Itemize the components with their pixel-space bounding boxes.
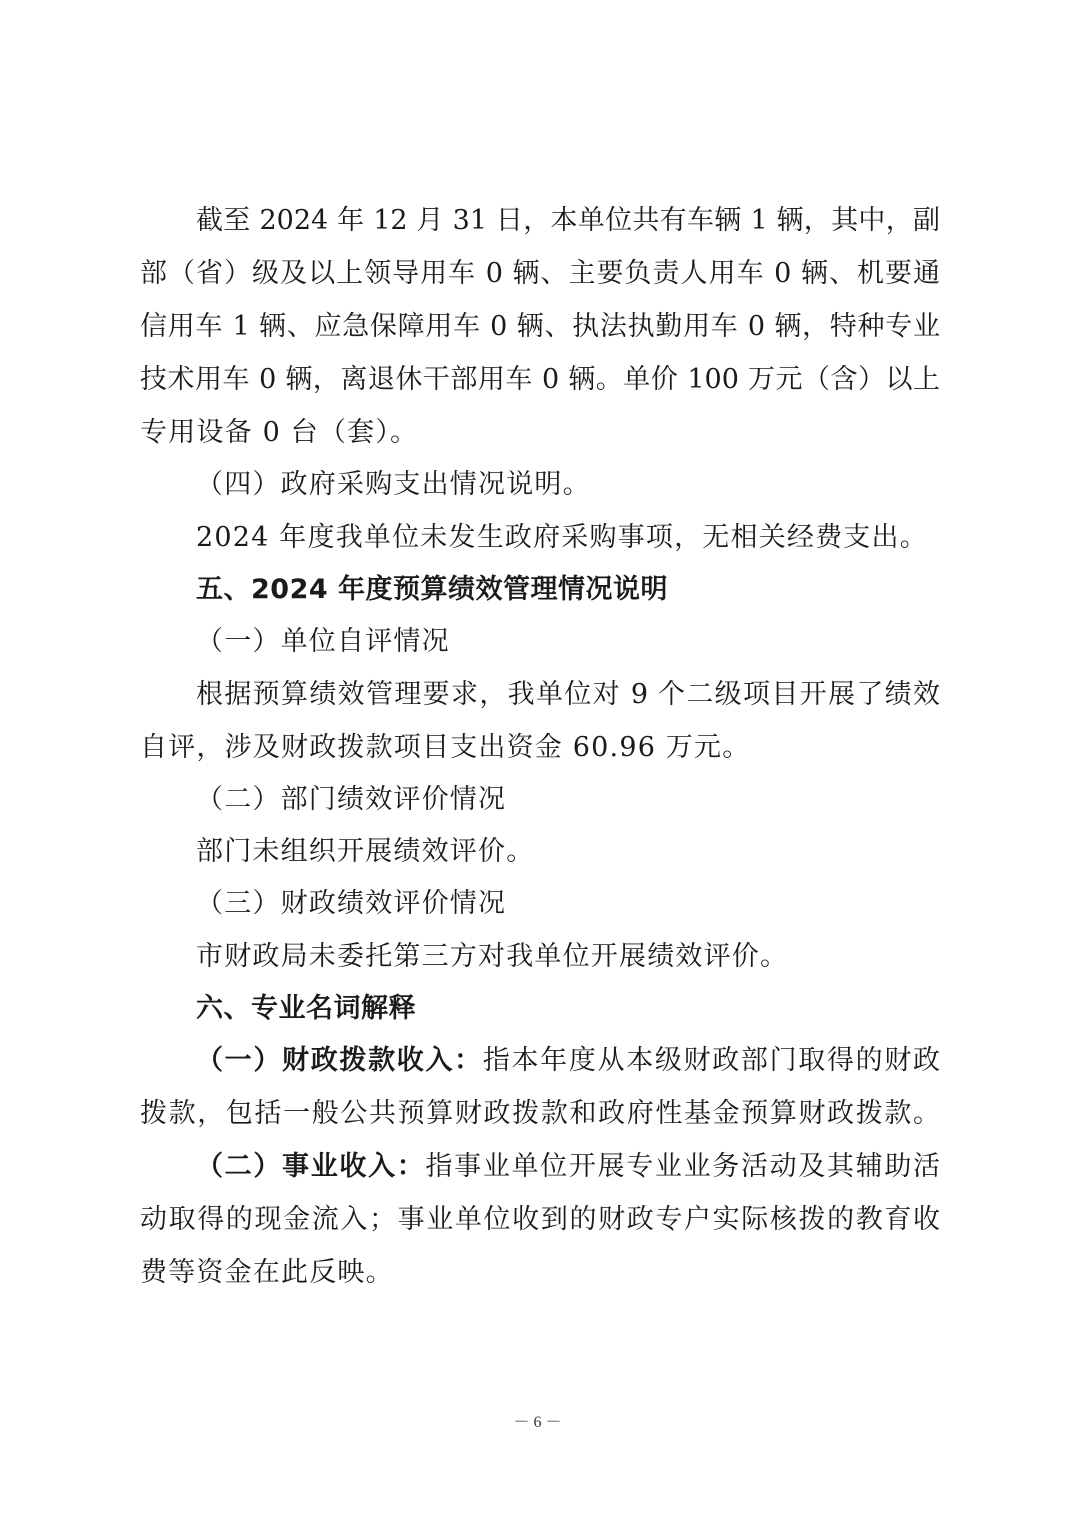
procurement-heading: （四）政府采购支出情况说明。 bbox=[196, 469, 996, 501]
self-evaluation-heading: （一）单位自评情况 bbox=[196, 626, 996, 658]
vehicles-paragraph-line-4: 技术用车 0 辆，离退休干部用车 0 辆。单价 100 万元（含）以上 bbox=[140, 364, 940, 396]
term-business-income-line-3: 费等资金在此反映。 bbox=[140, 1257, 940, 1289]
vehicles-paragraph-line-5: 专用设备 0 台（套）。 bbox=[140, 417, 940, 449]
self-evaluation-line-1: 根据预算绩效管理要求，我单位对 9 个二级项目开展了绩效 bbox=[196, 679, 940, 711]
finance-evaluation-heading: （三）财政绩效评价情况 bbox=[196, 888, 996, 920]
department-evaluation-heading: （二）部门绩效评价情况 bbox=[196, 784, 996, 816]
term-business-income-definition-start: 指事业单位开展专业业务活动及其辅助活 bbox=[425, 1151, 940, 1182]
vehicles-paragraph-line-1: 截至 2024 年 12 月 31 日，本单位共有车辆 1 辆，其中，副 bbox=[196, 205, 940, 237]
document-page: 截至 2024 年 12 月 31 日，本单位共有车辆 1 辆，其中，副 部（省… bbox=[0, 0, 1075, 1520]
vehicles-paragraph-line-2: 部（省）级及以上领导用车 0 辆、主要负责人用车 0 辆、机要通 bbox=[140, 258, 940, 290]
term-fiscal-appropriation-line-2: 拨款，包括一般公共预算财政拨款和政府性基金预算财政拨款。 bbox=[140, 1098, 940, 1130]
section-five-heading: 五、2024 年度预算绩效管理情况说明 bbox=[196, 574, 996, 606]
term-fiscal-appropriation-definition-start: 指本年度从本级财政部门取得的财政 bbox=[483, 1045, 940, 1076]
section-six-heading: 六、专业名词解释 bbox=[196, 993, 996, 1025]
department-evaluation-body: 部门未组织开展绩效评价。 bbox=[196, 836, 996, 868]
term-fiscal-appropriation-label: （一）财政拨款收入： bbox=[196, 1045, 483, 1076]
term-business-income-label: （二）事业收入： bbox=[196, 1151, 425, 1182]
vehicles-paragraph-line-3: 信用车 1 辆、应急保障用车 0 辆、执法执勤用车 0 辆，特种专业 bbox=[140, 311, 940, 343]
page-number: － 6 － bbox=[0, 1409, 1075, 1432]
term-business-income-line-2: 动取得的现金流入；事业单位收到的财政专户实际核拨的教育收 bbox=[140, 1204, 940, 1236]
self-evaluation-line-2: 自评，涉及财政拨款项目支出资金 60.96 万元。 bbox=[140, 732, 940, 764]
term-fiscal-appropriation-line-1: （一）财政拨款收入：指本年度从本级财政部门取得的财政 bbox=[196, 1045, 940, 1077]
term-business-income-line-1: （二）事业收入：指事业单位开展专业业务活动及其辅助活 bbox=[196, 1151, 940, 1183]
procurement-body: 2024 年度我单位未发生政府采购事项，无相关经费支出。 bbox=[196, 522, 996, 554]
finance-evaluation-body: 市财政局未委托第三方对我单位开展绩效评价。 bbox=[196, 941, 996, 973]
